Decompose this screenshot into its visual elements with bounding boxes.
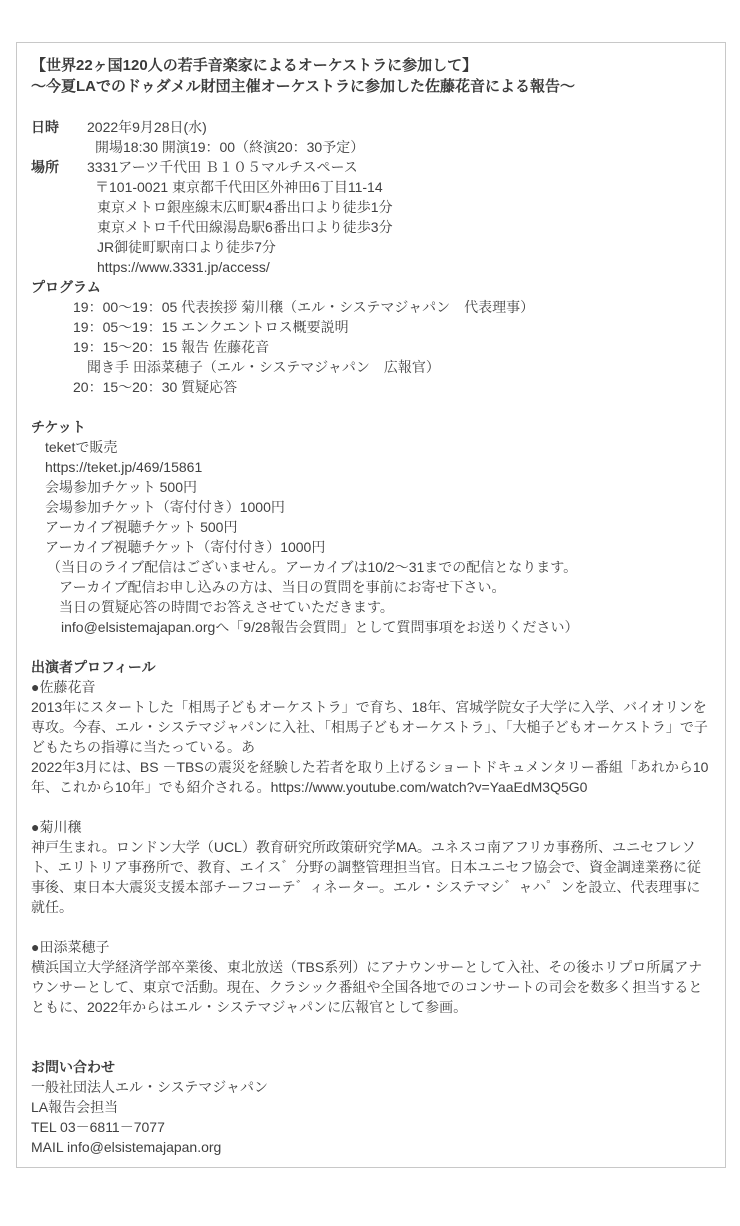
venue-label: 場所 xyxy=(31,157,87,177)
venue-access-2: 東京メトロ千代田線湯島駅6番出口より徒歩3分 xyxy=(31,217,711,237)
program-item: 聞き手 田添菜穂子（エル・システマジャパン 広報官） xyxy=(31,357,711,377)
event-title-line-2: ～今夏LAでのドゥダメル財団主催オーケストラに参加した佐藤花音による報告～ xyxy=(31,76,711,97)
program-heading: プログラム xyxy=(31,277,711,297)
datetime-value: 2022年9月28日(水) xyxy=(87,117,711,137)
spacer xyxy=(31,397,711,417)
contact-department: LA報告会担当 xyxy=(31,1097,711,1117)
profile-paragraph: 横浜国立大学経済学部卒業後、東北放送（TBS系列）にアナウンサーとして入社、その… xyxy=(31,957,711,1017)
ticket-line: アーカイブ視聴チケット（寄付付き）1000円 xyxy=(31,537,711,557)
profile-paragraph: 2013年にスタートした「相馬子どもオーケストラ」で育ち、18年、宮城学院女子大… xyxy=(31,697,711,757)
ticket-note: （当日のライブ配信はございません。アーカイブは10/2～31までの配信となります… xyxy=(31,557,711,577)
ticket-url: https://teket.jp/469/15861 xyxy=(31,457,711,477)
ticket-line: アーカイブ視聴チケット 500円 xyxy=(31,517,711,537)
program-item: 19：15～20：15 報告 佐藤花音 xyxy=(31,337,711,357)
ticket-note: info@elsistemajapan.orgへ「9/28報告会質問」として質問… xyxy=(31,617,711,637)
contact-tel: TEL 03－6811－7077 xyxy=(31,1117,711,1137)
ticket-note: 当日の質疑応答の時間でお答えさせていただきます。 xyxy=(31,597,711,617)
ticket-line: 会場参加チケット（寄付付き）1000円 xyxy=(31,497,711,517)
spacer xyxy=(31,637,711,657)
event-title-line-1: 【世界22ヶ国120人の若手音楽家によるオーケストラに参加して】 xyxy=(31,55,711,76)
document-card: 【世界22ヶ国120人の若手音楽家によるオーケストラに参加して】 ～今夏LAでの… xyxy=(16,42,726,1168)
profiles-heading: 出演者プロフィール xyxy=(31,657,711,677)
spacer xyxy=(31,97,711,117)
datetime-label: 日時 xyxy=(31,117,87,137)
program-item: 20：15～20：30 質疑応答 xyxy=(31,377,711,397)
datetime-row: 日時 2022年9月28日(水) xyxy=(31,117,711,137)
ticket-line: teketで販売 xyxy=(31,437,711,457)
spacer xyxy=(31,917,711,937)
profile-name: ●菊川穣 xyxy=(31,817,711,837)
venue-value: 3331アーツ千代田 Ｂ１０５マルチスペース xyxy=(87,157,711,177)
spacer xyxy=(31,797,711,817)
ticket-note: アーカイブ配信お申し込みの方は、当日の質問を事前にお寄せ下さい。 xyxy=(31,577,711,597)
ticket-heading: チケット xyxy=(31,417,711,437)
program-item: 19：00～19：05 代表挨拶 菊川穣（エル・システマジャパン 代表理事） xyxy=(31,297,711,317)
venue-address: 〒101-0021 東京都千代田区外神田6丁目11-14 xyxy=(31,177,711,197)
venue-access-url: https://www.3331.jp/access/ xyxy=(31,257,711,277)
spacer xyxy=(31,1017,711,1057)
profile-paragraph: 2022年3月には、BS －TBSの震災を経験した若者を取り上げるショートドキュ… xyxy=(31,757,711,797)
contact-heading: お問い合わせ xyxy=(31,1057,711,1077)
program-item: 19：05～19：15 エンクエントロス概要説明 xyxy=(31,317,711,337)
contact-organization: 一般社団法人エル・システマジャパン xyxy=(31,1077,711,1097)
venue-row: 場所 3331アーツ千代田 Ｂ１０５マルチスペース xyxy=(31,157,711,177)
profile-name: ●佐藤花音 xyxy=(31,677,711,697)
venue-access-3: JR御徒町駅南口より徒歩7分 xyxy=(31,237,711,257)
venue-access-1: 東京メトロ銀座線末広町駅4番出口より徒歩1分 xyxy=(31,197,711,217)
datetime-detail: 開場18:30 開演19：00（終演20：30予定） xyxy=(31,137,711,157)
ticket-line: 会場参加チケット 500円 xyxy=(31,477,711,497)
profile-name: ●田添菜穂子 xyxy=(31,937,711,957)
contact-mail: MAIL info@elsistemajapan.org xyxy=(31,1137,711,1157)
profile-paragraph: 神戸生まれ。ロンドン大学（UCL）教育研究所政策研究学MA。ユネスコ南アフリカ事… xyxy=(31,837,711,917)
